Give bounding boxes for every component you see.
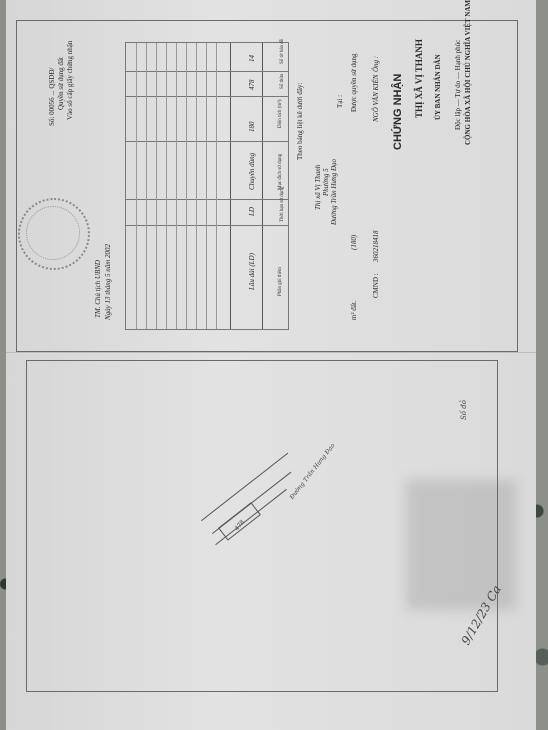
location-line-2: Phường 5 [322, 168, 330, 196]
location-line-3: Thị xã Vị Thanh [314, 165, 322, 210]
id-value: 360218418 [372, 231, 380, 263]
fold-line [6, 352, 536, 353]
cell-area: 180 [248, 122, 256, 133]
header-purpose: Mục đích sử dụng [278, 154, 283, 190]
council-heading: ỦY BAN NHÂN DÂN [434, 54, 442, 120]
motto: Độc lập — Tự do — Hạnh phúc [454, 40, 462, 130]
cell-map-sheet: 14 [248, 55, 256, 62]
official-seal-inner [26, 206, 80, 260]
usage-right-label: Được quyền sử dụng [350, 53, 358, 112]
location-label: Tại : [336, 95, 344, 108]
id-label: CMND : [372, 273, 380, 298]
usage-area: (180) [350, 235, 358, 250]
margin-note: Số đỏ [460, 400, 468, 420]
signatory-title: TM. Chủ tịch UBND [94, 260, 102, 318]
registry-line-3: Số: 00056 ... QSDĐ/ [48, 68, 56, 126]
cell-notes: Lâu dài (LD) [248, 253, 256, 290]
registry-line-1: Vào sổ cấp giấy chứng nhận [66, 41, 74, 120]
header-notes: Phần ghi thêm [278, 267, 283, 296]
header-map-sheet: Số tờ bản đồ [280, 39, 285, 64]
registry-line-2: Quyền sử dụng đất [57, 57, 65, 110]
cell-purpose: Chuyên dùng [248, 153, 256, 190]
header-parcel: Số thửa [280, 74, 285, 89]
owner-name: NGÔ VĂN KIẾN [372, 75, 380, 122]
certificate-title: CHỨNG NHẬN [392, 74, 404, 150]
usage-unit: m² đất. [350, 300, 358, 320]
table-intro: Theo bảng liệt kê dưới đây: [296, 83, 304, 160]
cell-parcel: 478 [248, 80, 256, 91]
land-parcel-table [125, 42, 289, 330]
header-area: Diện tích (m²) [278, 100, 283, 128]
issue-date: Ngày 13 tháng 5 năm 2002 [104, 244, 112, 320]
cell-term: LD [248, 207, 256, 216]
locality-heading: THỊ XÃ VỊ THANH [414, 39, 424, 118]
owner-label: Ông : [372, 56, 380, 72]
back-page-border [26, 360, 498, 692]
republic-heading: CỘNG HÒA XÃ HỘI CHỦ NGHĨA VIỆT NAM [464, 0, 472, 145]
header-term: Thời hạn sử dụng [280, 187, 285, 222]
location-line-1: Đường Trần Hưng Đạo [330, 159, 338, 225]
